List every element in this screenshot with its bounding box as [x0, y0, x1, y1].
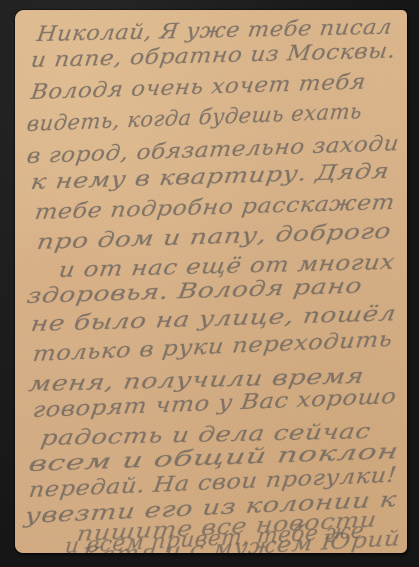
handwritten-line: видеть, когда будешь ехать [26, 99, 364, 136]
handwritten-line: тебе подробно расскажет [33, 190, 396, 224]
postcard: Николай, Я уже тебе писали папе, обратно… [15, 10, 407, 553]
handwritten-line: про дом и папу, доброго [35, 219, 393, 254]
handwritten-line: Володя очень хочет тебя [30, 69, 368, 104]
handwritten-text-block: Николай, Я уже тебе писали папе, обратно… [25, 20, 399, 547]
